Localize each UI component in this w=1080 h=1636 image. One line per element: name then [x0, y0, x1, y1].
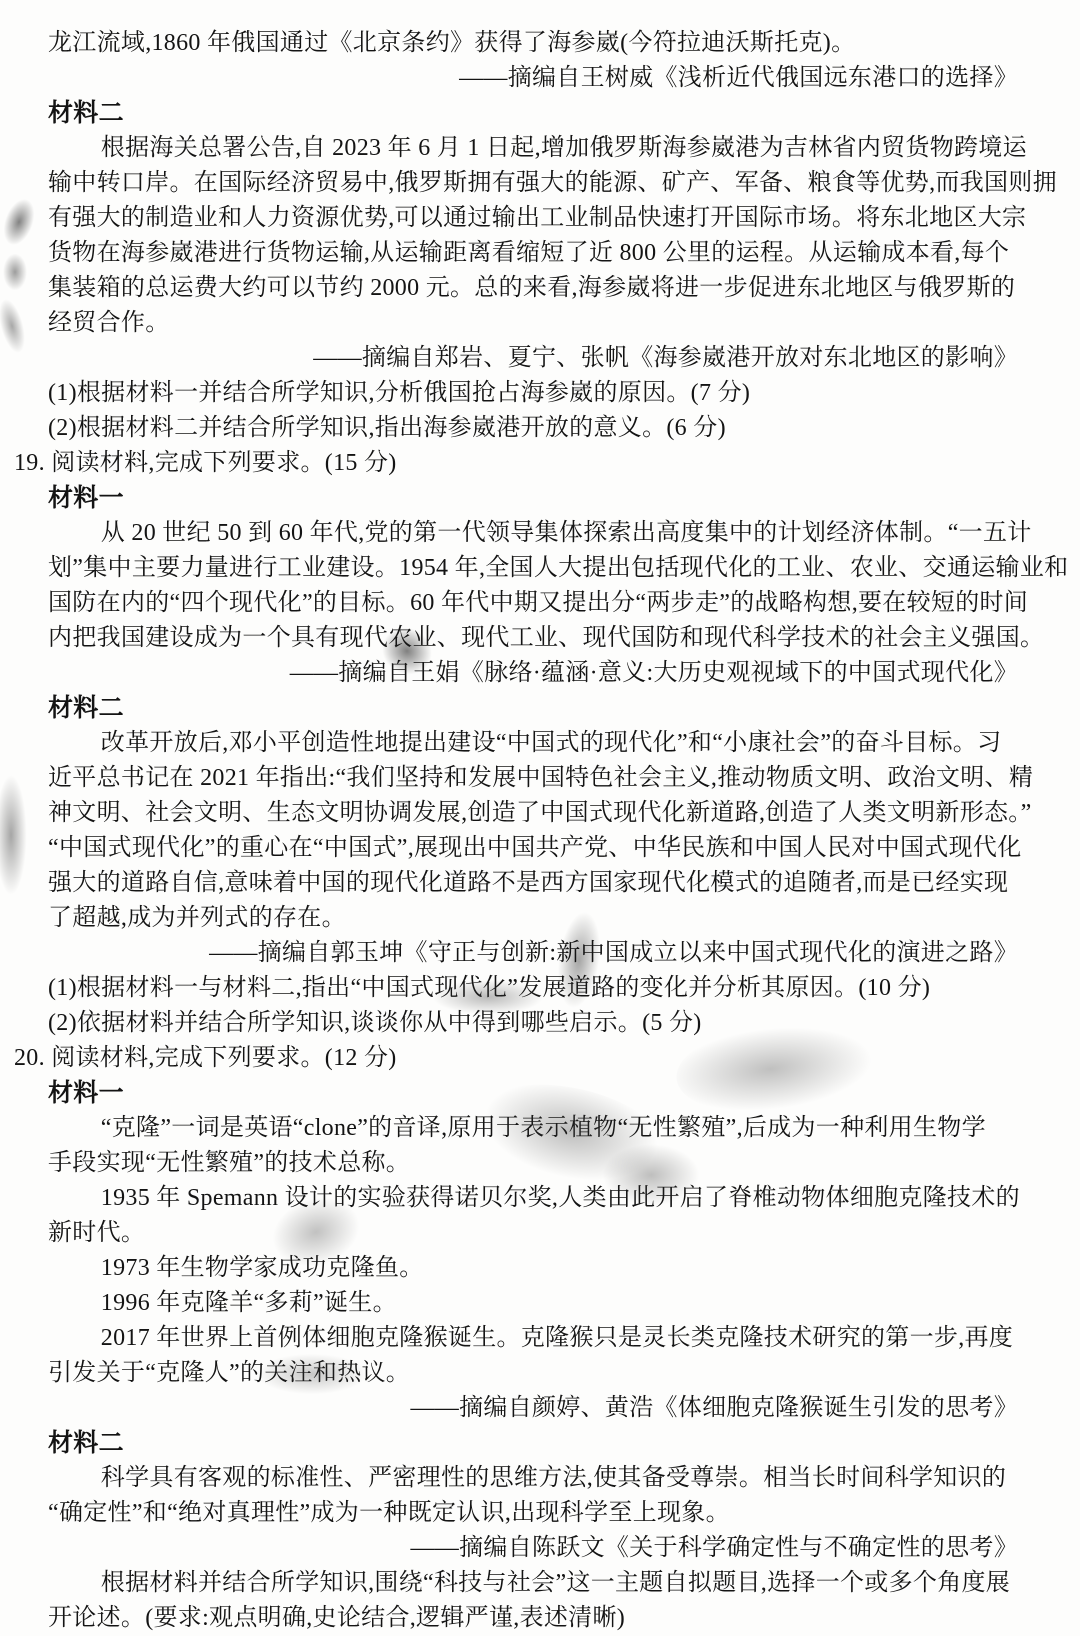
text-line: “确定性”和“绝对真理性”成为一种既定认识,出现科学至上现象。: [48, 1496, 1058, 1531]
text-line: 2017 年世界上首例体细胞克隆猴诞生。克隆猴只是灵长类克隆技术研究的第一步,再…: [48, 1321, 1058, 1356]
text-line: (1)根据材料一与材料二,指出“中国式现代化”发展道路的变化并分析其原因。(10…: [48, 971, 1058, 1006]
text-line: 内把我国建设成为一个具有现代农业、现代工业、现代国防和现代科学技术的社会主义强国…: [48, 621, 1058, 656]
material-heading: 材料一: [48, 481, 1058, 516]
text-line: 新时代。: [48, 1216, 1058, 1251]
source-attribution: ——摘编自王娟《脉络·蕴涵·意义:大历史观视域下的中国式现代化》: [48, 656, 1058, 691]
text-line: 根据材料并结合所学知识,围绕“科技与社会”这一主题自拟题目,选择一个或多个角度展: [48, 1566, 1058, 1601]
text-line: 输中转口岸。在国际经济贸易中,俄罗斯拥有强大的能源、矿产、军备、粮食等优势,而我…: [48, 166, 1058, 201]
text-line: 开论述。(要求:观点明确,史论结合,逻辑严谨,表述清晰): [48, 1601, 1058, 1636]
text-line: 了超越,成为并列式的存在。: [48, 901, 1058, 936]
material-heading: 材料二: [48, 691, 1058, 726]
source-attribution: ——摘编自陈跃文《关于科学确定性与不确定性的思考》: [48, 1531, 1058, 1566]
text-line: (2)根据材料二并结合所学知识,指出海参崴港开放的意义。(6 分): [48, 411, 1058, 446]
text-line: 从 20 世纪 50 到 60 年代,党的第一代领导集体探索出高度集中的计划经济…: [48, 516, 1058, 551]
scan-smudge: [2, 252, 28, 292]
source-attribution: ——摘编自颜婷、黄浩《体细胞克隆猴诞生引发的思考》: [48, 1391, 1058, 1426]
text-line: 科学具有客观的标准性、严密理性的思维方法,使其备受尊崇。相当长时间科学知识的: [48, 1461, 1058, 1496]
text-line: 1935 年 Spemann 设计的实验获得诺贝尔奖,人类由此开启了脊椎动物体细…: [48, 1181, 1058, 1216]
text-line: 龙江流域,1860 年俄国通过《北京条约》获得了海参崴(今符拉迪沃斯托克)。: [48, 26, 1058, 61]
text-line: 国防在内的“四个现代化”的目标。60 年代中期又提出分“两步走”的战略构想,要在…: [48, 586, 1058, 621]
material-heading: 材料二: [48, 1426, 1058, 1461]
question-number-line: 19. 阅读材料,完成下列要求。(15 分): [14, 446, 1058, 481]
source-attribution: ——摘编自郑岩、夏宁、张帆《海参崴港开放对东北地区的影响》: [48, 341, 1058, 376]
text-line: 1973 年生物学家成功克隆鱼。: [48, 1251, 1058, 1286]
text-line: 货物在海参崴港进行货物运输,从运输距离看缩短了近 800 公里的运程。从运输成本…: [48, 236, 1058, 271]
text-line: “中国式现代化”的重心在“中国式”,展现出中国共产党、中华民族和中国人民对中国式…: [48, 831, 1058, 866]
scan-smudge: [0, 294, 31, 358]
text-line: 神文明、社会文明、生态文明协调发展,创造了中国式现代化新道路,创造了人类文明新形…: [48, 796, 1058, 831]
text-line: (1)根据材料一并结合所学知识,分析俄国抢占海参崴的原因。(7 分): [48, 376, 1058, 411]
text-line: 有强大的制造业和人力资源优势,可以通过输出工业制品快速打开国际市场。将东北地区大…: [48, 201, 1058, 236]
text-line: 强大的道路自信,意味着中国的现代化道路不是西方国家现代化模式的追随者,而是已经实…: [48, 866, 1058, 901]
text-line: 根据海关总署公告,自 2023 年 6 月 1 日起,增加俄罗斯海参崴港为吉林省…: [48, 131, 1058, 166]
source-attribution: ——摘编自王树威《浅析近代俄国远东港口的选择》: [48, 61, 1058, 96]
text-line: 划”集中主要力量进行工业建设。1954 年,全国人大提出包括现代化的工业、农业、…: [48, 551, 1058, 586]
source-attribution: ——摘编自郭玉坤《守正与创新:新中国成立以来中国式现代化的演进之路》: [48, 936, 1058, 971]
document-page: 龙江流域,1860 年俄国通过《北京条约》获得了海参崴(今符拉迪沃斯托克)。——…: [0, 0, 1080, 1636]
text-line: 经贸合作。: [48, 306, 1058, 341]
question-number-line: 20. 阅读材料,完成下列要求。(12 分): [14, 1041, 1058, 1076]
scan-smudge: [0, 770, 28, 900]
text-line: 近平总书记在 2021 年指出:“我们坚持和发展中国特色社会主义,推动物质文明、…: [48, 761, 1058, 796]
text-line: 改革开放后,邓小平创造性地提出建设“中国式的现代化”和“小康社会”的奋斗目标。习: [48, 726, 1058, 761]
text-line: 手段实现“无性繁殖”的技术总称。: [48, 1146, 1058, 1181]
text-line: “克隆”一词是英语“clone”的音译,原用于表示植物“无性繁殖”,后成为一种利…: [48, 1111, 1058, 1146]
text-line: 1996 年克隆羊“多莉”诞生。: [48, 1286, 1058, 1321]
text-line: 集装箱的总运费大约可以节约 2000 元。总的来看,海参崴将进一步促进东北地区与…: [48, 271, 1058, 306]
document-text-column: 龙江流域,1860 年俄国通过《北京条约》获得了海参崴(今符拉迪沃斯托克)。——…: [48, 26, 1058, 1636]
material-heading: 材料二: [48, 96, 1058, 131]
text-line: (2)依据材料并结合所学知识,谈谈你从中得到哪些启示。(5 分): [48, 1006, 1058, 1041]
scan-smudge: [0, 192, 42, 251]
material-heading: 材料一: [48, 1076, 1058, 1111]
text-line: 引发关于“克隆人”的关注和热议。: [48, 1356, 1058, 1391]
